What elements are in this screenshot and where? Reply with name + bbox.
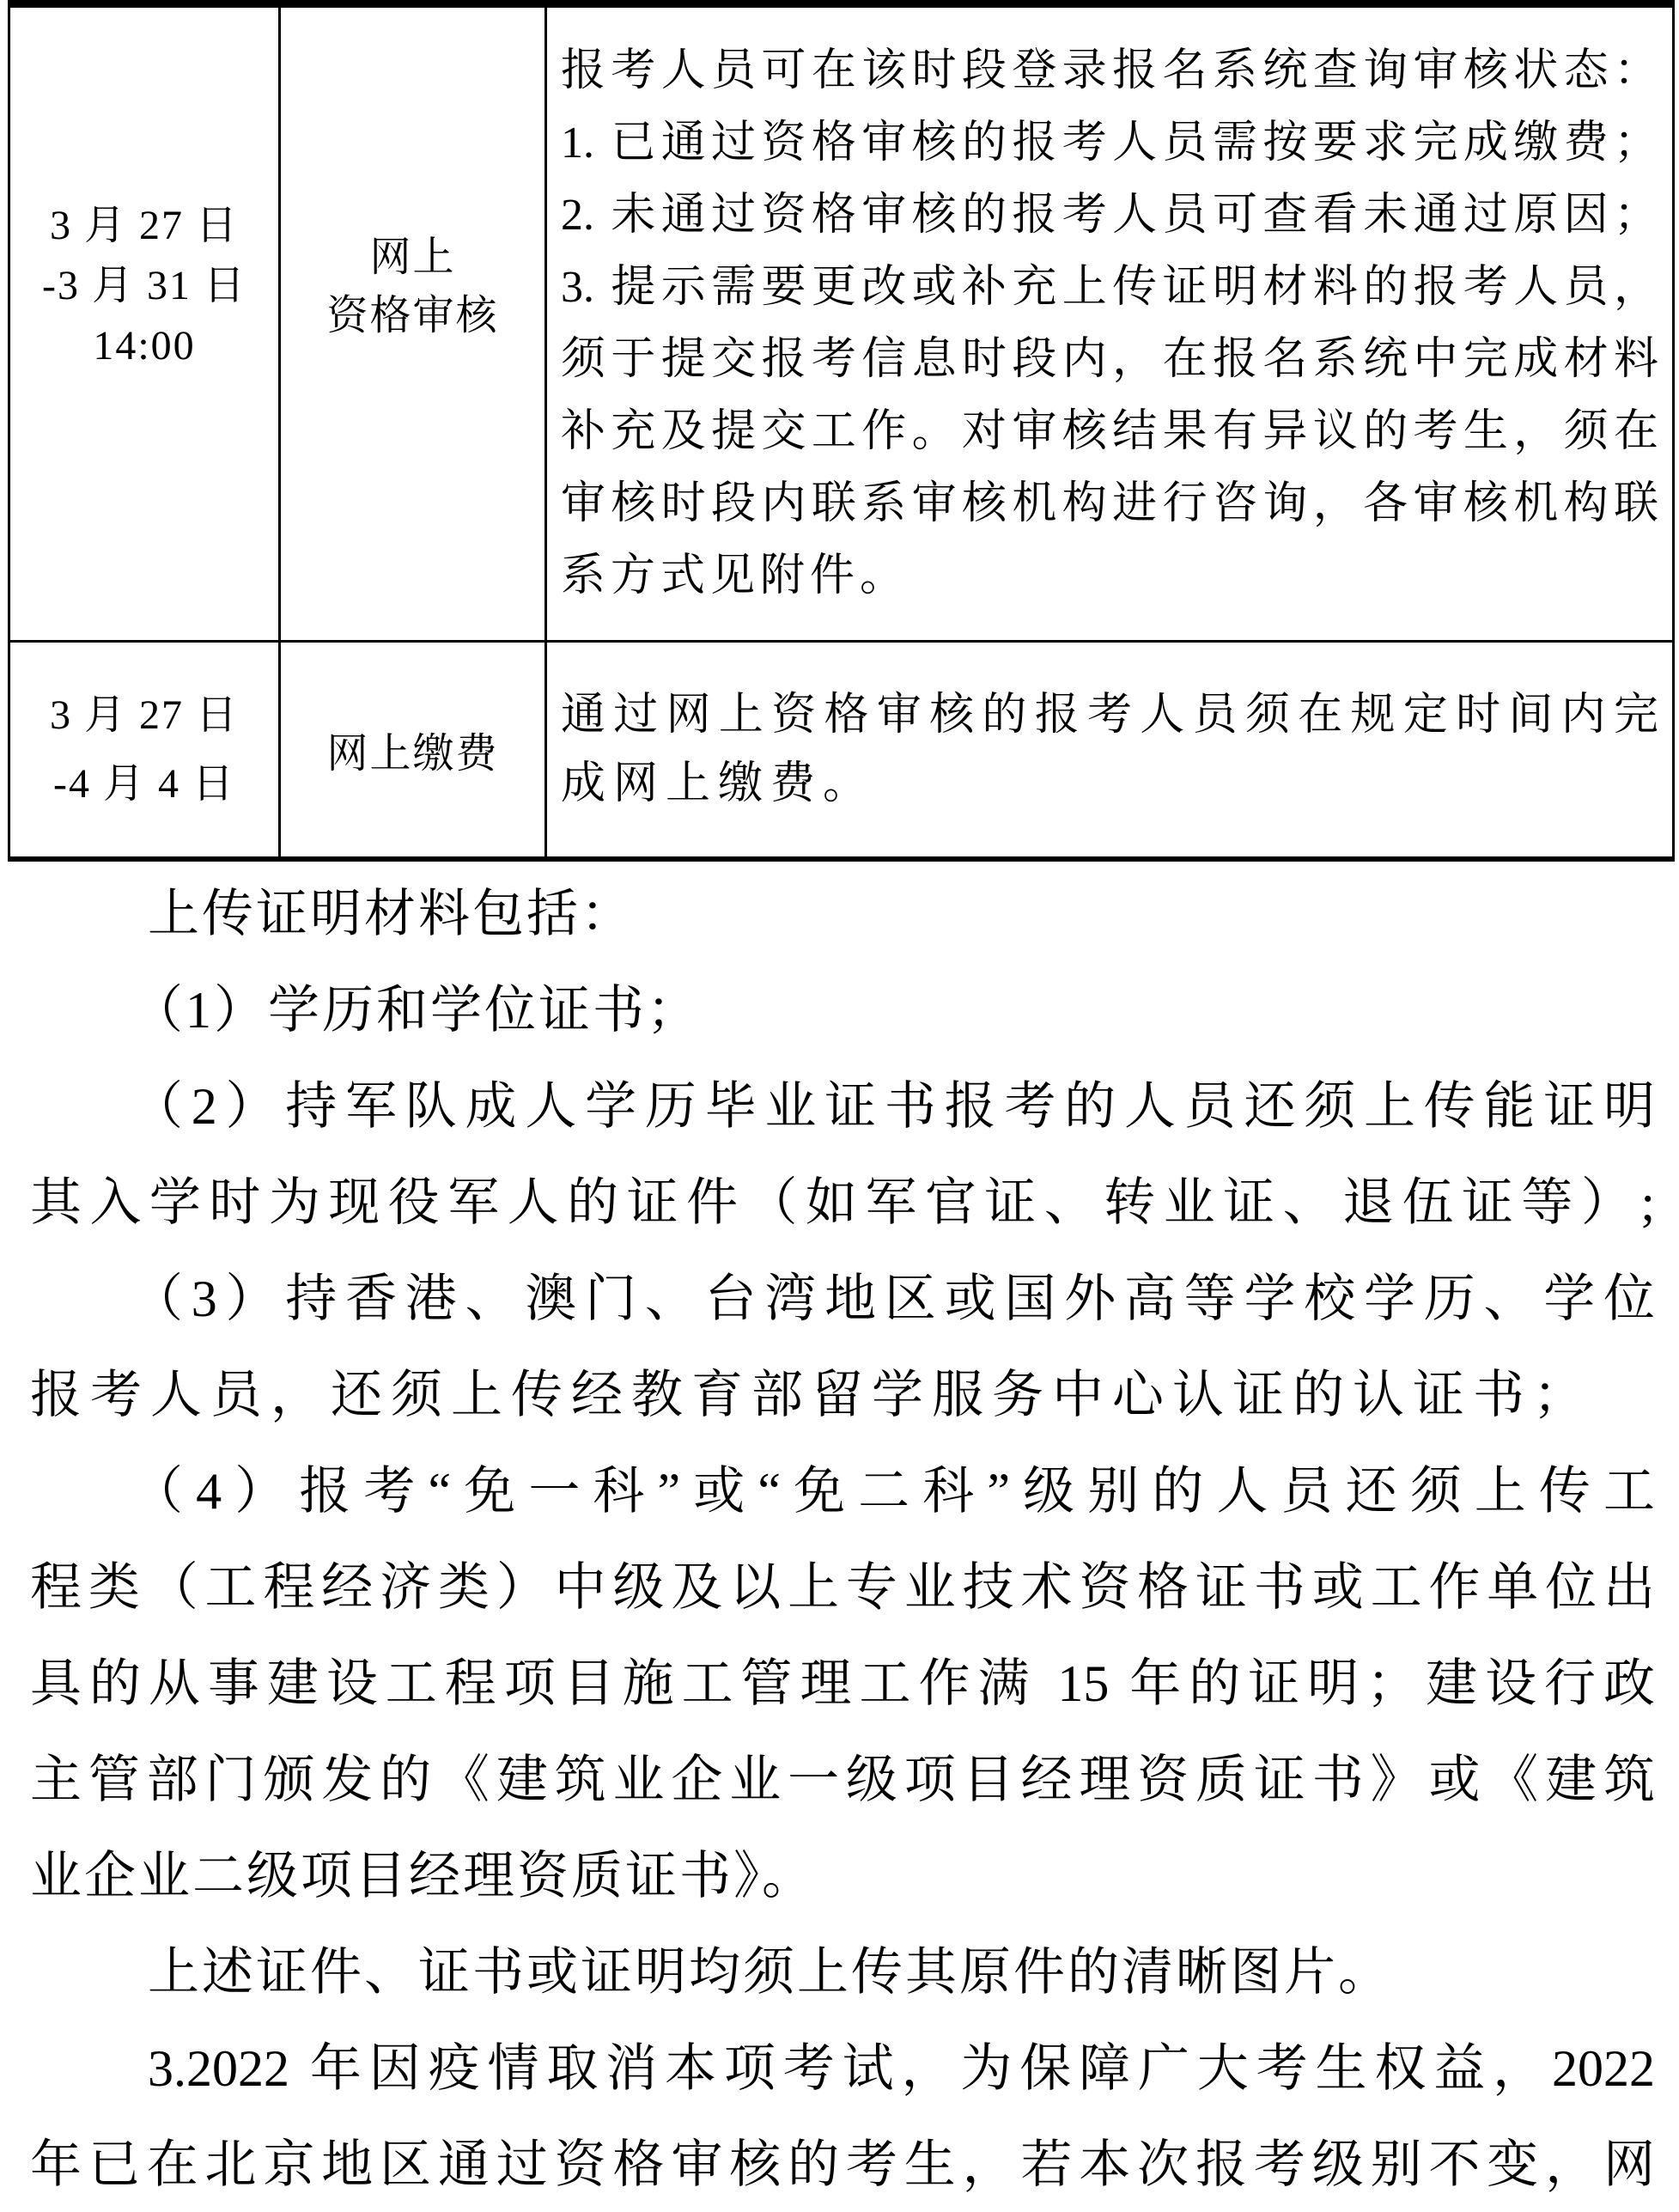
paragraph-line: 报考人员，还须上传经教育部留学服务中心认证的认证书； [30,1347,1655,1443]
description-line: 2. 未通过资格审核的报考人员可查看未通过原因； [561,180,1658,252]
description-line: 1. 已通过资格审核的报考人员需按要求完成缴费； [561,107,1658,180]
paragraph-line: 上传证明材料包括： [30,866,1655,962]
date-cell: 3 月 27 日 -4 月 4 日 [10,643,281,856]
description-line: 3. 提示需要更改或补充上传证明材料的报考人员， [561,252,1658,324]
stage-cell: 网上 资格审核 [281,8,547,640]
table-row-online-review: 3 月 27 日 -3 月 31 日 14:00 网上 资格审核 报考人员可在该… [10,8,1672,643]
stage-cell: 网上缴费 [281,643,547,856]
stage-line: 网上 [369,229,455,287]
date-line: -3 月 31 日 [42,256,246,316]
paragraph-line: 其入学时为现役军人的证件（如军官证、转业证、退伍证等）; [30,1155,1655,1251]
description-line: 成网上缴费。 [561,750,1658,819]
date-line: 14:00 [93,316,195,376]
date-line: -4 月 4 日 [53,750,235,819]
table-row-online-payment: 3 月 27 日 -4 月 4 日 网上缴费 通过网上资格审核的报考人员须在规定… [10,643,1672,856]
description-line: 报考人员可在该时段登录报名系统查询审核状态： [561,35,1658,107]
paragraph-line: 上述证件、证书或证明均须上传其原件的清晰图片。 [30,1924,1655,2020]
stage-line: 资格审核 [326,287,498,345]
schedule-table: 3 月 27 日 -3 月 31 日 14:00 网上 资格审核 报考人员可在该… [8,0,1675,862]
paragraph-line: 年已在北京地区通过资格审核的考生，若本次报考级别不变，网 [30,2117,1655,2212]
stage-line: 网上缴费 [326,720,498,779]
body-text: 上传证明材料包括： （1）学历和学位证书； （2）持军队成人学历毕业证书报考的人… [30,866,1655,2212]
paragraph-line: 程类（工程经济类）中级及以上专业技术资格证书或工作单位出 [30,1539,1655,1636]
description-cell: 报考人员可在该时段登录报名系统查询审核状态： 1. 已通过资格审核的报考人员需按… [547,8,1672,640]
paragraph-line: （1）学历和学位证书； [30,962,1655,1058]
paragraph-line: （4）报考“免一科”或“免二科”级别的人员还须上传工 [30,1443,1655,1539]
description-line: 须于提交报考信息时段内，在报名系统中完成材料 [561,324,1658,396]
date-cell: 3 月 27 日 -3 月 31 日 14:00 [10,8,281,640]
paragraph-line: 主管部门颁发的《建筑业企业一级项目经理资质证书》或《建筑 [30,1732,1655,1828]
description-cell: 通过网上资格审核的报考人员须在规定时间内完 成网上缴费。 [547,643,1672,856]
date-line: 3 月 27 日 [50,681,239,750]
paragraph-line: 具的从事建设工程项目施工管理工作满 15 年的证明；建设行政 [30,1636,1655,1732]
paragraph-line: 业企业二级项目经理资质证书》。 [30,1828,1655,1924]
paragraph-line: （3）持香港、澳门、台湾地区或国外高等学校学历、学位 [30,1251,1655,1347]
description-line: 补充及提交工作。对审核结果有异议的考生，须在 [561,396,1658,468]
description-line: 通过网上资格审核的报考人员须在规定时间内完 [561,681,1658,750]
description-line: 系方式见附件。 [561,540,1658,612]
paragraph-line: （2）持军队成人学历毕业证书报考的人员还须上传能证明 [30,1058,1655,1155]
date-line: 3 月 27 日 [50,196,239,256]
paragraph-line: 3.2022 年因疫情取消本项考试，为保障广大考生权益，2022 [30,2020,1655,2117]
description-line: 审核时段内联系审核机构进行咨询，各审核机构联 [561,468,1658,540]
